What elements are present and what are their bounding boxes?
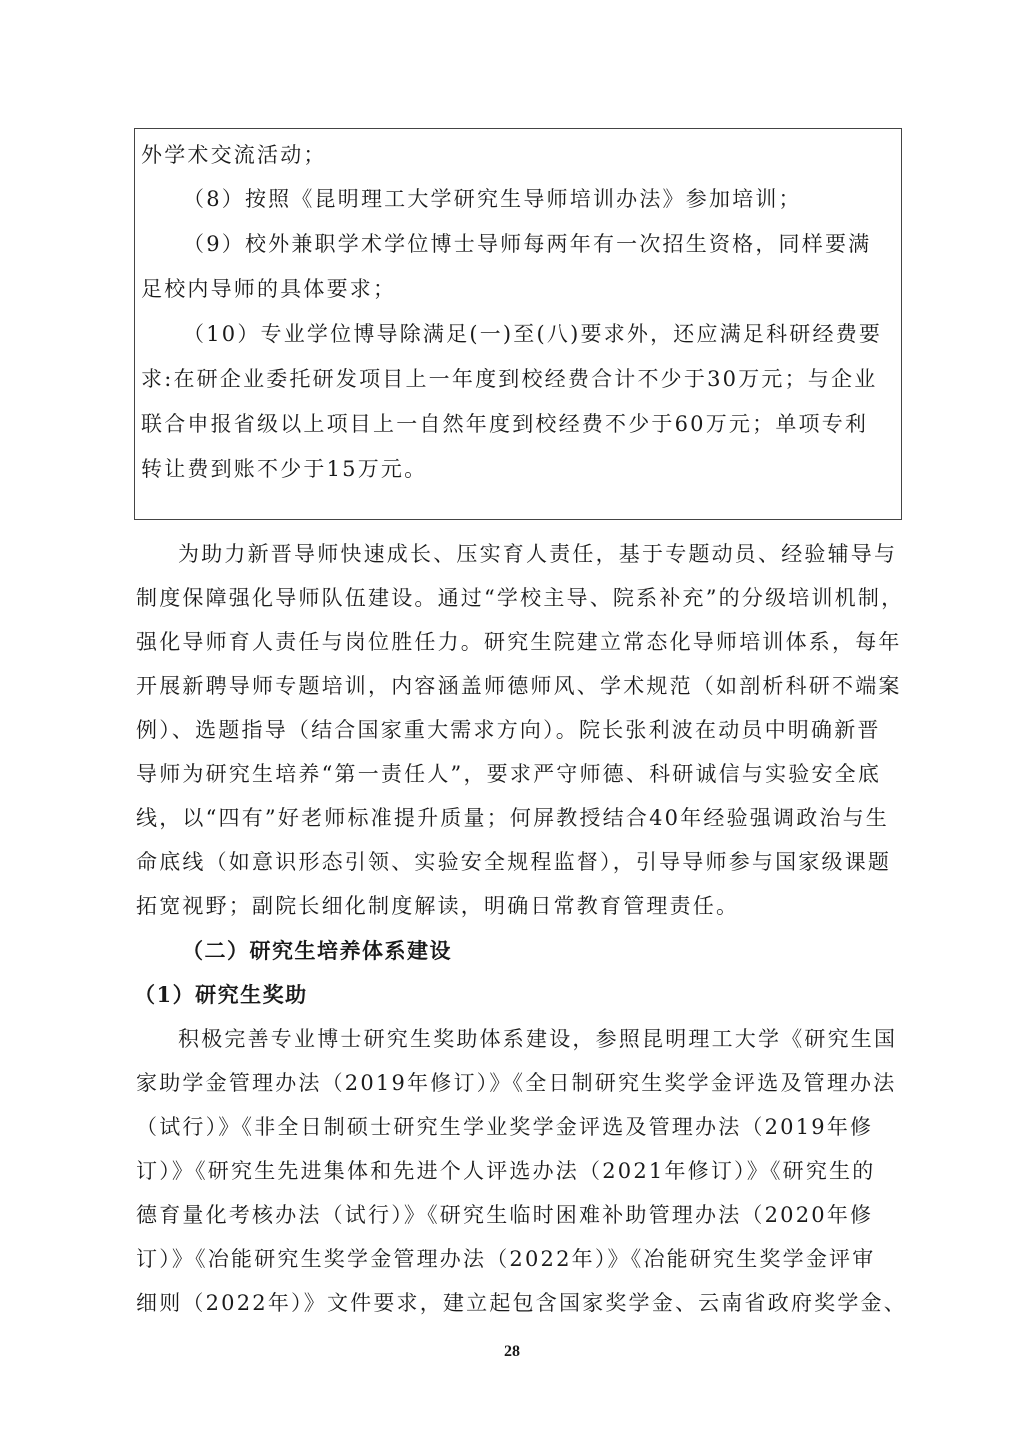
paragraph-line: 为助力新晋导师快速成长、压实育人责任，基于专题动员、经验辅导与 [178, 540, 897, 568]
paragraph-line: 订）》《冶能研究生奖学金管理办法（2022年）》《冶能研究生奖学金评审 [136, 1245, 875, 1273]
paragraph-line: 细则（2022年）》文件要求，建立起包含国家奖学金、云南省政府奖学金、 [136, 1289, 907, 1317]
paragraph-line: 德育量化考核办法（试行）》《研究生临时困难补助管理办法（2020年修 [136, 1201, 873, 1229]
box-line: 外学术交流活动； [141, 141, 327, 169]
subsection-heading: （1）研究生奖助 [134, 981, 308, 1009]
paragraph-line: 拓宽视野；副院长细化制度解读，明确日常教育管理责任。 [136, 892, 739, 920]
paragraph-line: 线，以“四有”好老师标准提升质量；何屏教授结合40年经验强调政治与生 [136, 804, 889, 832]
document-page: 外学术交流活动； （8）按照《昆明理工大学研究生导师培训办法》参加培训； （9）… [0, 0, 1024, 1447]
box-line: （9）校外兼职学术学位博士导师每两年有一次招生资格，同样要满 [183, 230, 871, 258]
box-line: 转让费到账不少于15万元。 [141, 455, 427, 483]
box-line: （8）按照《昆明理工大学研究生导师培训办法》参加培训； [183, 185, 802, 213]
box-line: 足校内导师的具体要求； [141, 275, 396, 303]
paragraph-line: 订）》《研究生先进集体和先进个人评选办法（2021年修订）》《研究生的 [136, 1157, 875, 1185]
paragraph-line: 积极完善专业博士研究生奖助体系建设，参照昆明理工大学《研究生国 [178, 1025, 897, 1053]
paragraph-line: 命底线（如意识形态引领、实验安全规程监督），引导导师参与国家级课题 [136, 848, 891, 876]
paragraph-line: 导师为研究生培养“第一责任人”，要求严守师德、科研诚信与实验安全底 [136, 760, 881, 788]
paragraph-line: 例）、选题指导（结合国家重大需求方向）。院长张利波在动员中明确新晋 [136, 716, 881, 744]
paragraph-line: （试行）》《非全日制硕士研究生学业奖学金评选及管理办法（2019年修 [136, 1113, 873, 1141]
box-line: 联合申报省级以上项目上一自然年度到校经费不少于60万元；单项专利 [141, 410, 868, 438]
paragraph-line: 开展新聘导师专题培训，内容涵盖师德师风、学术规范（如剖析科研不端案 [136, 672, 902, 700]
paragraph-line: 家助学金管理办法（2019年修订）》《全日制研究生奖学金评选及管理办法 [136, 1069, 896, 1097]
paragraph-line: 制度保障强化导师队伍建设。通过“学校主导、院系补充”的分级培训机制， [136, 584, 904, 612]
box-line: （10）专业学位博导除满足(一)至(八)要求外，还应满足科研经费要 [183, 320, 882, 348]
paragraph-line: 强化导师育人责任与岗位胜任力。研究生院建立常态化导师培训体系，每年 [136, 628, 902, 656]
box-line: 求:在研企业委托研发项目上一年度到校经费合计不少于30万元；与企业 [141, 365, 877, 393]
page-number: 28 [0, 1343, 1024, 1361]
section-heading: （二）研究生培养体系建设 [182, 937, 452, 965]
